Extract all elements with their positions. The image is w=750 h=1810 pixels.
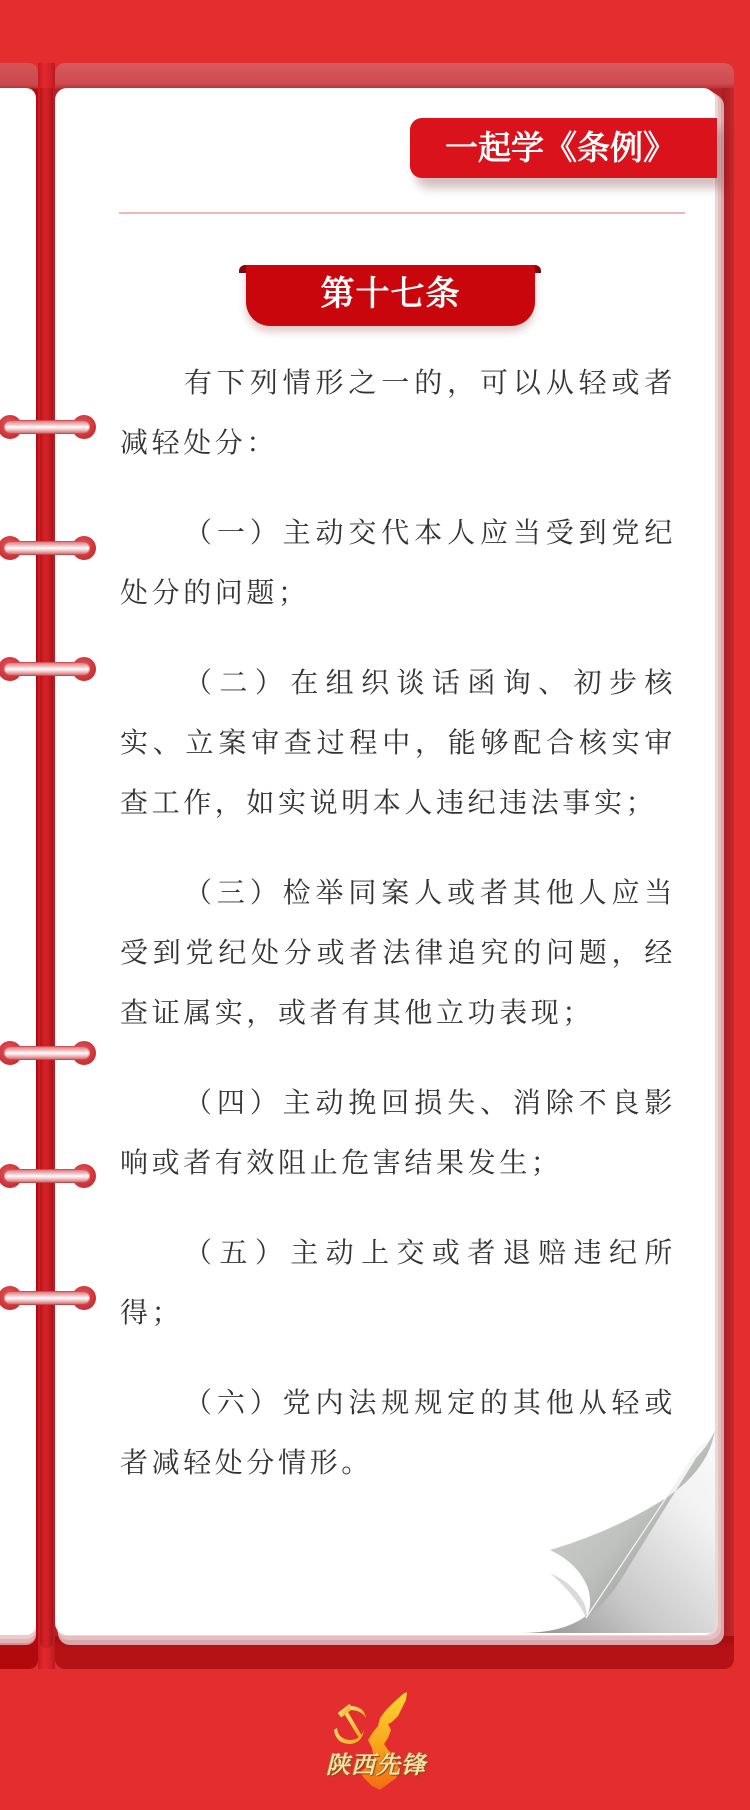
article-body: 有下列情形之一的，可以从轻或者减轻处分： （一）主动交代本人应当受到党纪处分的问… [120,353,676,1523]
notebook-spine-inner [40,88,53,1648]
article-title-badge: 第十七条 [246,265,535,326]
article-paragraph-item-2: （二）在组织谈话函询、初步核实、立案审查过程中，能够配合核实审查工作，如实说明本… [120,653,676,833]
binder-ring-icon [0,1041,96,1065]
article-paragraph-item-3: （三）检举同案人或者其他人应当受到党纪处分或者法律追究的问题，经查证属实，或者有… [120,863,676,1043]
binder-ring-icon [0,1164,96,1188]
logo-text: 陕西先锋 [318,1750,434,1780]
section-tag: 一起学《条例》 [410,118,717,178]
binder-ring-icon [0,415,96,439]
header-divider [119,212,685,214]
binder-ring-icon [0,657,96,681]
article-paragraph-item-5: （五）主动上交或者退赔违纪所得； [120,1223,676,1343]
page-curl-icon [518,1428,718,1638]
article-paragraph-intro: 有下列情形之一的，可以从轻或者减轻处分： [120,353,676,473]
left-notebook-page [0,88,36,1635]
binder-ring-icon [0,1286,96,1310]
hammer-sickle-icon [334,1704,366,1744]
article-paragraph-item-1: （一）主动交代本人应当受到党纪处分的问题； [120,503,676,623]
article-paragraph-item-4: （四）主动挽回损失、消除不良影响或者有效阻止危害结果发生； [120,1073,676,1193]
binder-ring-icon [0,536,96,560]
